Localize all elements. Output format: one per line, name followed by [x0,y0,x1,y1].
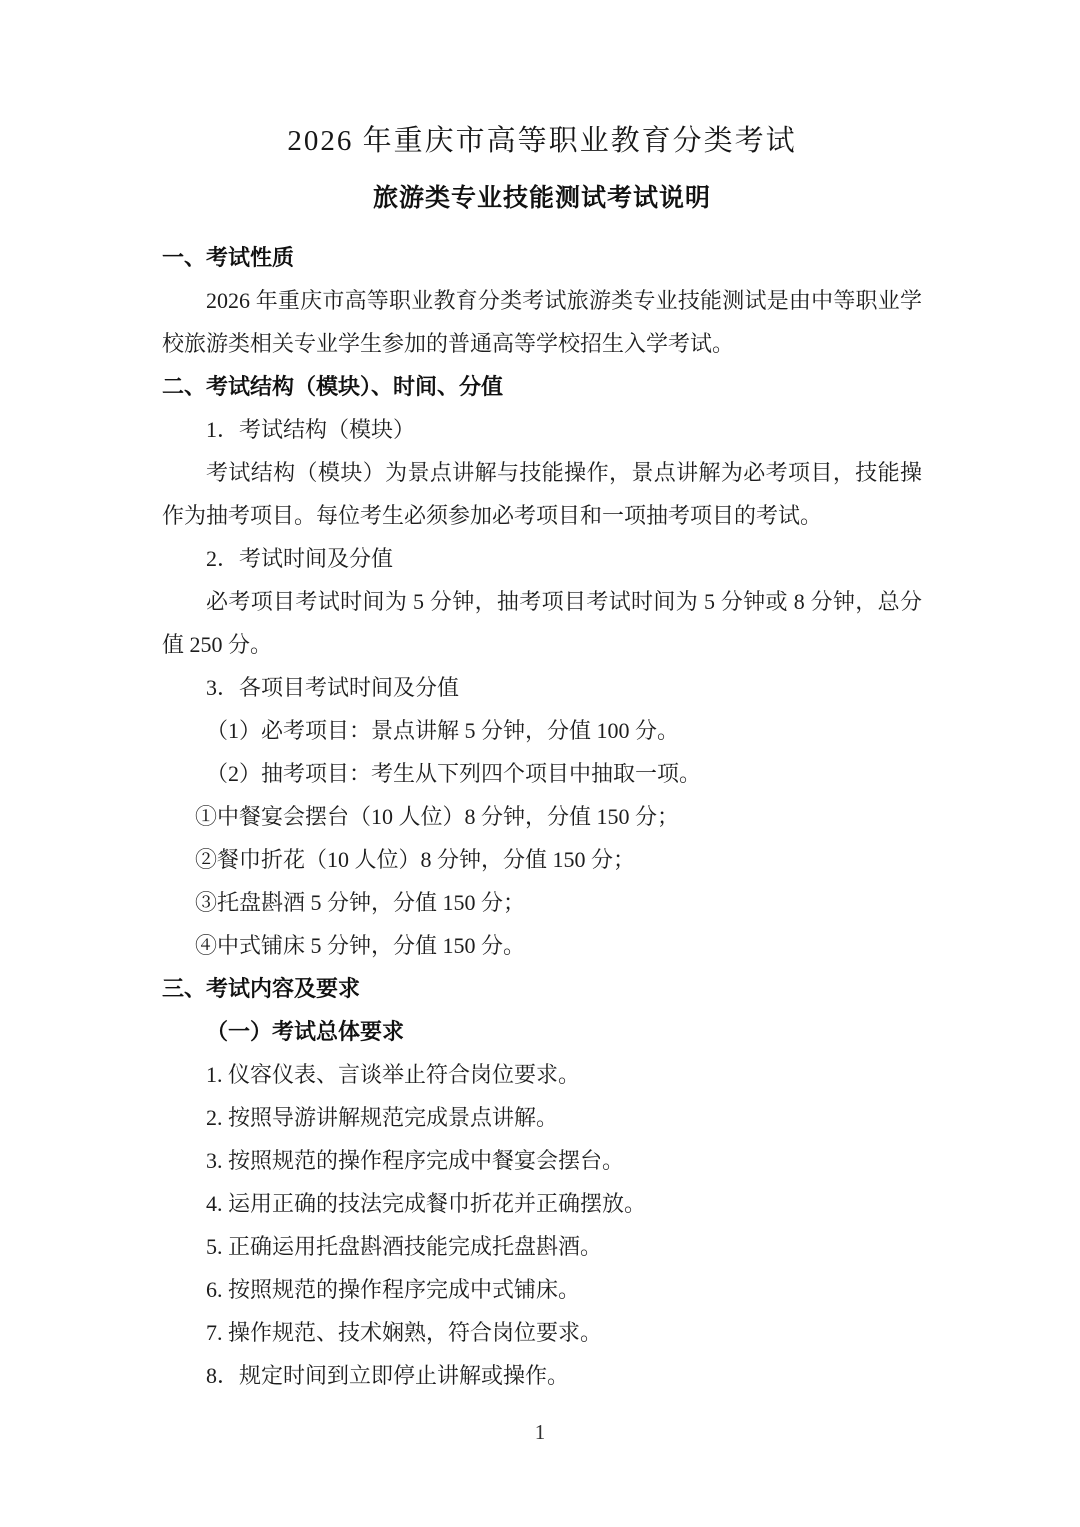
requirement-7: 7. 操作规范、技术娴熟，符合岗位要求。 [162,1311,922,1354]
item-drawn-project: （2）抽考项目：考生从下列四个项目中抽取一项。 [162,752,922,795]
sub-heading-overall-requirements: （一）考试总体要求 [162,1010,922,1053]
sub-heading-structure-modules: 1．考试结构（模块） [162,408,922,451]
item-required-project: （1）必考项目：景点讲解 5 分钟，分值 100 分。 [162,709,922,752]
section-heading-exam-content: 三、考试内容及要求 [162,967,922,1010]
page-footer: 1 [0,1420,1080,1445]
item-chinese-bed-making: ④中式铺床 5 分钟，分值 150 分。 [162,924,922,967]
requirement-4: 4. 运用正确的技法完成餐巾折花并正确摆放。 [162,1182,922,1225]
section-heading-exam-nature: 一、考试性质 [162,236,922,279]
section-heading-exam-structure: 二、考试结构（模块）、时间、分值 [162,365,922,408]
document-page: 2026 年重庆市高等职业教育分类考试 旅游类专业技能测试考试说明 一、考试性质… [0,0,1080,1527]
requirement-6: 6. 按照规范的操作程序完成中式铺床。 [162,1268,922,1311]
item-napkin-folding: ②餐巾折花（10 人位）8 分钟，分值 150 分； [162,838,922,881]
document-subtitle: 旅游类专业技能测试考试说明 [162,174,922,222]
requirement-5: 5. 正确运用托盘斟酒技能完成托盘斟酒。 [162,1225,922,1268]
paragraph-exam-nature: 2026 年重庆市高等职业教育分类考试旅游类专业技能测试是由中等职业学校旅游类相… [162,279,922,365]
requirement-8: 8．规定时间到立即停止讲解或操作。 [162,1354,922,1397]
sub-heading-time-score: 2．考试时间及分值 [162,537,922,580]
item-banquet-table-setting: ①中餐宴会摆台（10 人位）8 分钟，分值 150 分； [162,795,922,838]
item-tray-wine-pouring: ③托盘斟酒 5 分钟，分值 150 分； [162,881,922,924]
page-number: 1 [535,1420,546,1444]
requirement-1: 1. 仪容仪表、言谈举止符合岗位要求。 [162,1053,922,1096]
sub-heading-item-time-score: 3．各项目考试时间及分值 [162,666,922,709]
document-body: 一、考试性质 2026 年重庆市高等职业教育分类考试旅游类专业技能测试是由中等职… [162,236,922,1397]
requirement-3: 3. 按照规范的操作程序完成中餐宴会摆台。 [162,1139,922,1182]
paragraph-structure-modules: 考试结构（模块）为景点讲解与技能操作，景点讲解为必考项目，技能操作为抽考项目。每… [162,451,922,537]
paragraph-time-score: 必考项目考试时间为 5 分钟，抽考项目考试时间为 5 分钟或 8 分钟，总分值 … [162,580,922,666]
document-title: 2026 年重庆市高等职业教育分类考试 [162,116,922,166]
requirement-2: 2. 按照导游讲解规范完成景点讲解。 [162,1096,922,1139]
